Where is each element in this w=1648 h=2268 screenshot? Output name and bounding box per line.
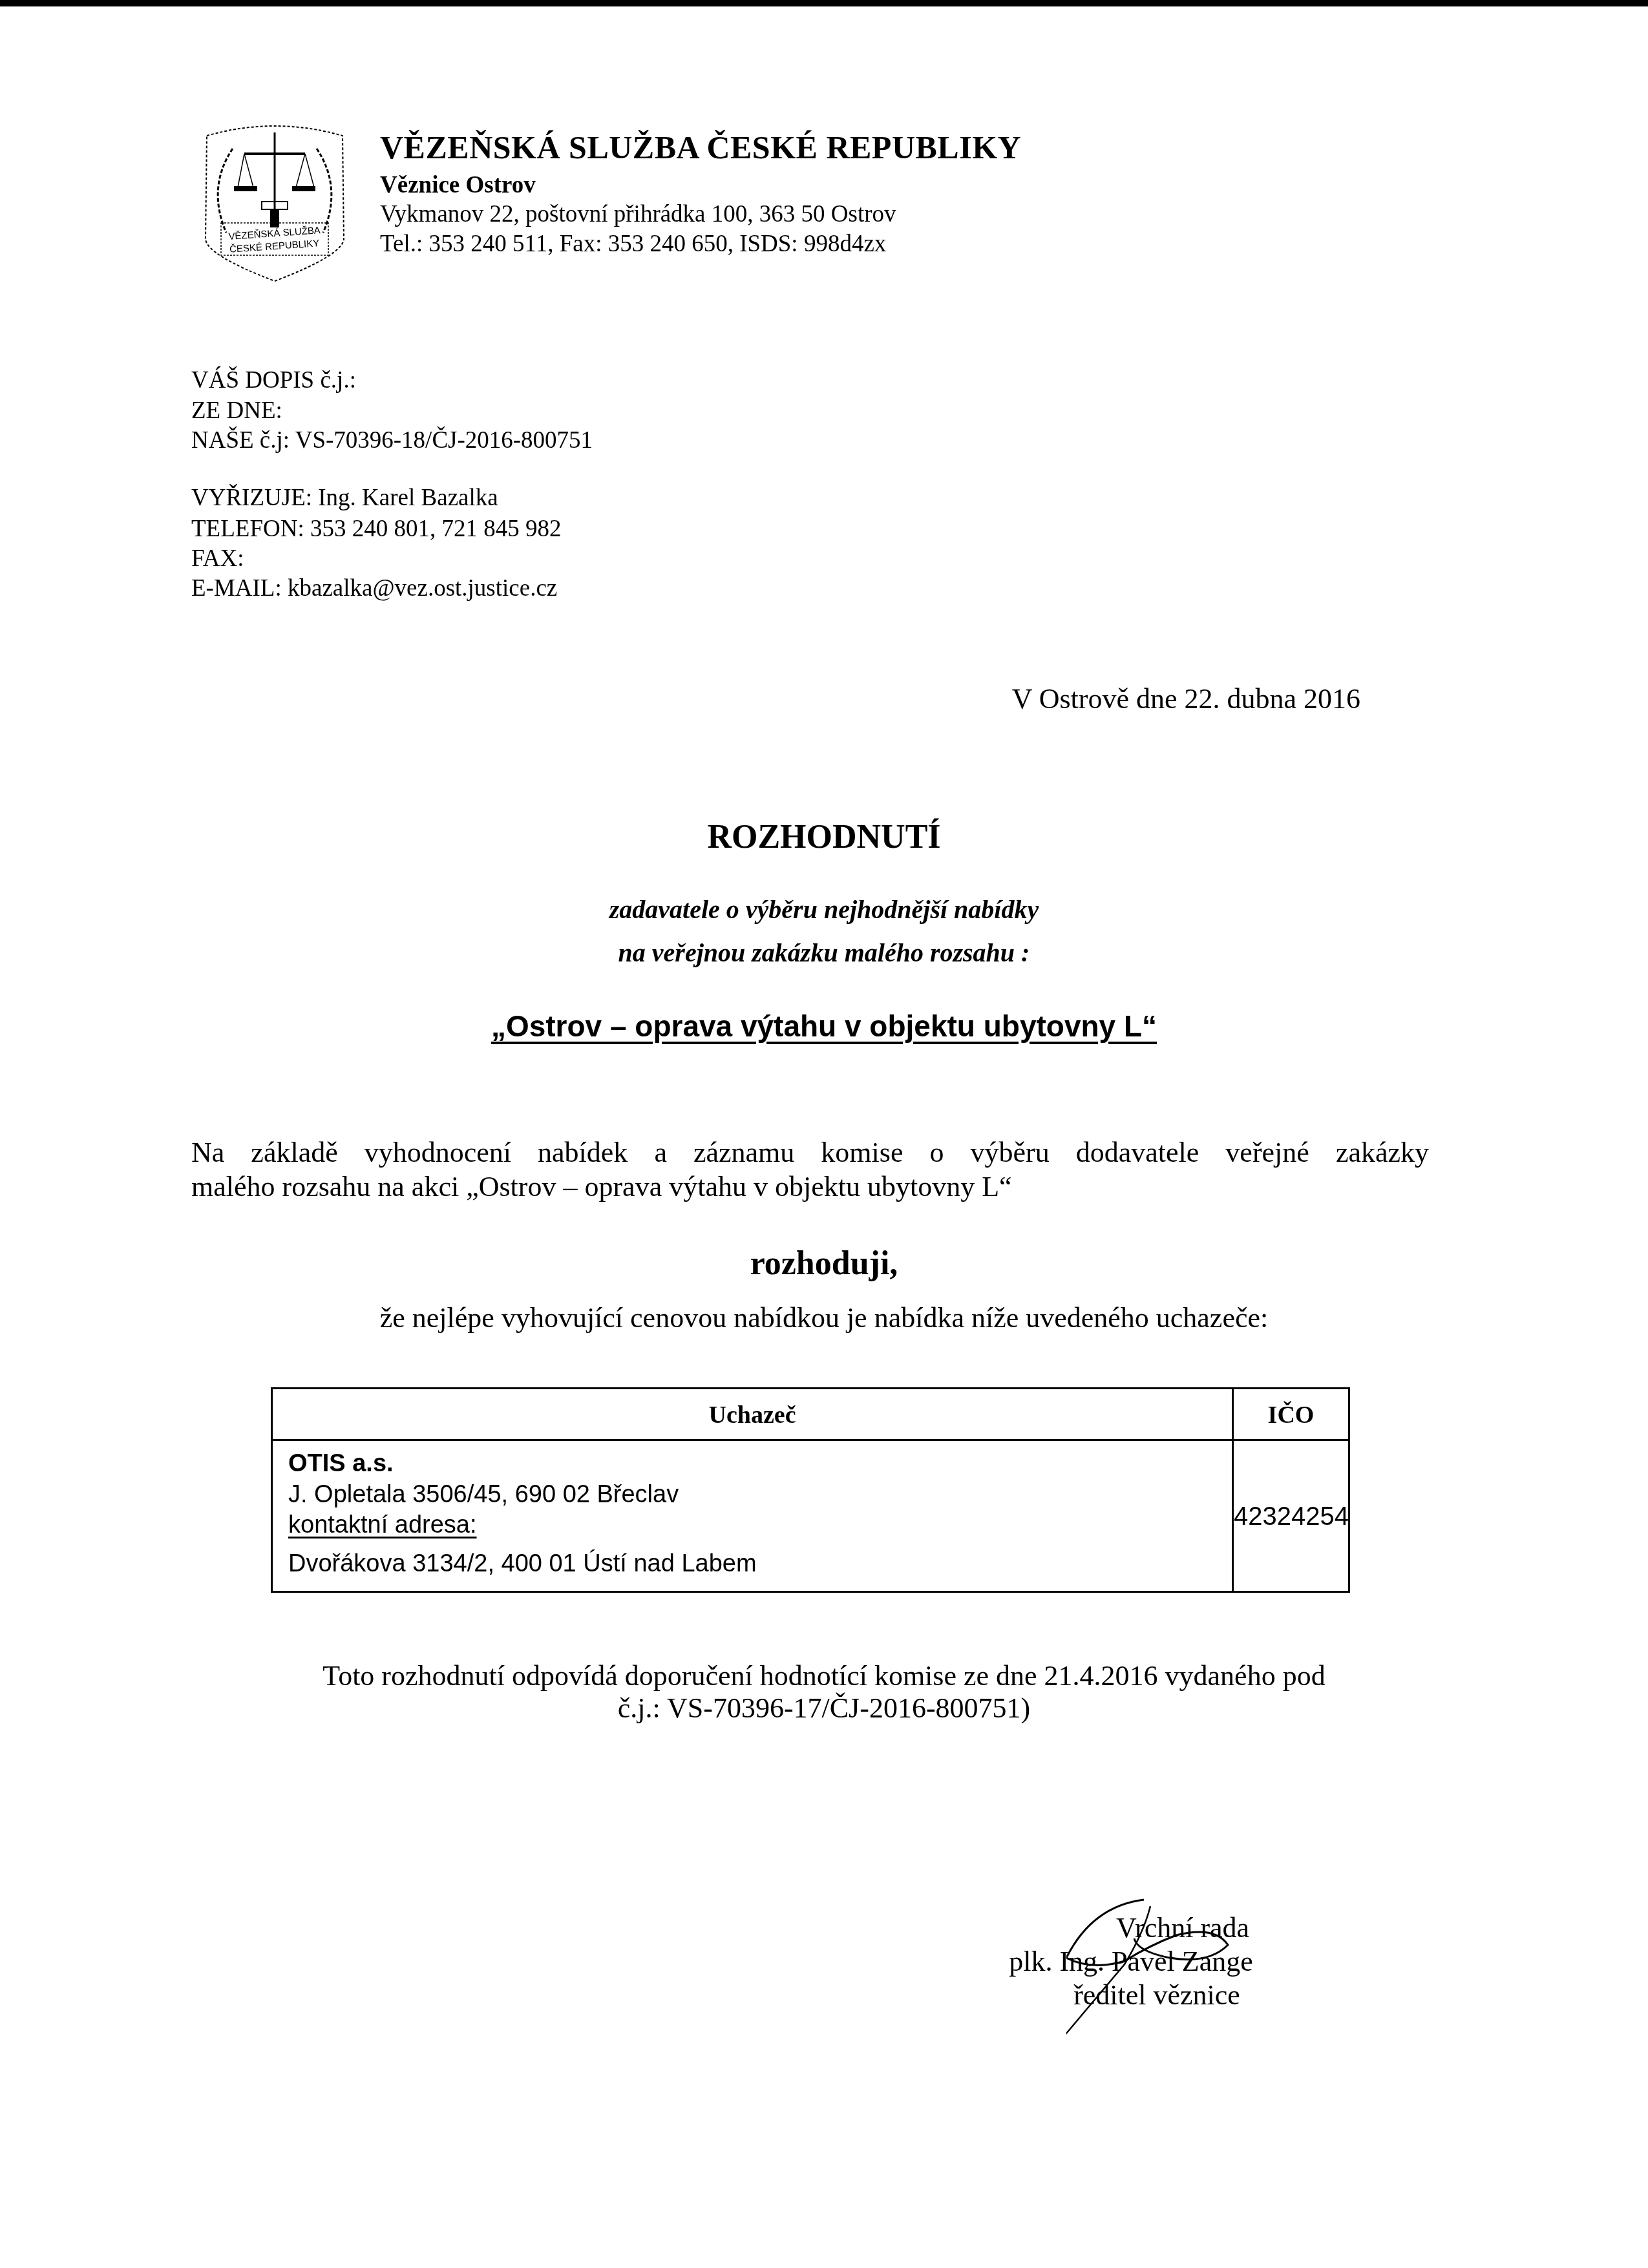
decision-heading: rozhoduji, [0, 1247, 1648, 1281]
date-line: V Ostrově dne 22. dubna 2016 [1012, 685, 1360, 713]
organization-contacts: Tel.: 353 240 511, Fax: 353 240 650, ISD… [380, 232, 886, 256]
bidder-address: J. Opletala 3506/45, 690 02 Břeclav [288, 1480, 757, 1511]
handled-by: VYŘIZUJE: Ing. Karel Bazalka [191, 486, 498, 510]
your-letter-ref: VÁŠ DOPIS č.j.: [191, 368, 356, 392]
document-title: ROZHODNUTÍ [0, 821, 1648, 854]
column-header-ico: IČO [1234, 1401, 1348, 1429]
contact-address: Dvořákova 3134/2, 400 01 Ústí nad Labem [288, 1549, 757, 1580]
phone: TELEFON: 353 240 801, 721 845 982 [191, 517, 561, 541]
organization-address: Vykmanov 22, poštovní přihrádka 100, 363… [380, 202, 896, 226]
fax: FAX: [191, 547, 244, 571]
from-date: ZE DNE: [191, 399, 282, 423]
bidder-company: OTIS a.s. [288, 1449, 757, 1480]
scales-of-justice-emblem-icon: VĚZEŇSKÁ SLUŽBA ČESKÉ REPUBLIKY [194, 116, 355, 284]
contact-address-label: kontaktní adresa: [288, 1510, 757, 1541]
bidder-table: Uchazeč IČO OTIS a.s. J. Opletala 3506/4… [271, 1387, 1350, 1593]
decision-text: že nejlépe vyhovující cenovou nabídkou j… [0, 1304, 1648, 1332]
organization-name: VĚZEŇSKÁ SLUŽBA ČESKÉ REPUBLIKY [380, 131, 1021, 163]
closing-line-1: Toto rozhodnutí odpovídá doporučení hodn… [0, 1662, 1648, 1690]
our-ref: NAŠE č.j: VS-70396-18/ČJ-2016-800751 [191, 428, 593, 452]
bidder-ico: 42324254 [1234, 1502, 1348, 1531]
column-divider [1232, 1389, 1234, 1591]
document-subtitle-1: zadavatele o výběru nejhodnější nabídky [0, 897, 1648, 923]
column-header-bidder: Uchazeč [273, 1401, 1232, 1429]
closing-line-2: č.j.: VS-70396-17/ČJ-2016-800751) [0, 1694, 1648, 1723]
handwritten-signature-icon [1066, 1880, 1357, 2068]
contract-name: „Ostrov – oprava výtahu v objektu ubytov… [0, 1011, 1648, 1041]
table-header: Uchazeč IČO [273, 1389, 1348, 1441]
email: E-MAIL: kbazalka@vez.ost.justice.cz [191, 576, 557, 600]
table-row: OTIS a.s. J. Opletala 3506/45, 690 02 Bř… [288, 1449, 757, 1579]
document-subtitle-2: na veřejnou zakázku malého rozsahu : [0, 940, 1648, 966]
scan-border-top-right [1008, 0, 1648, 3]
paragraph-line-2: malého rozsahu na akci „Ostrov – oprava … [191, 1173, 1012, 1201]
unit-name: Věznice Ostrov [380, 173, 536, 197]
paragraph-line-1: Na základě vyhodnocení nabídek a záznamu… [191, 1139, 1429, 1167]
